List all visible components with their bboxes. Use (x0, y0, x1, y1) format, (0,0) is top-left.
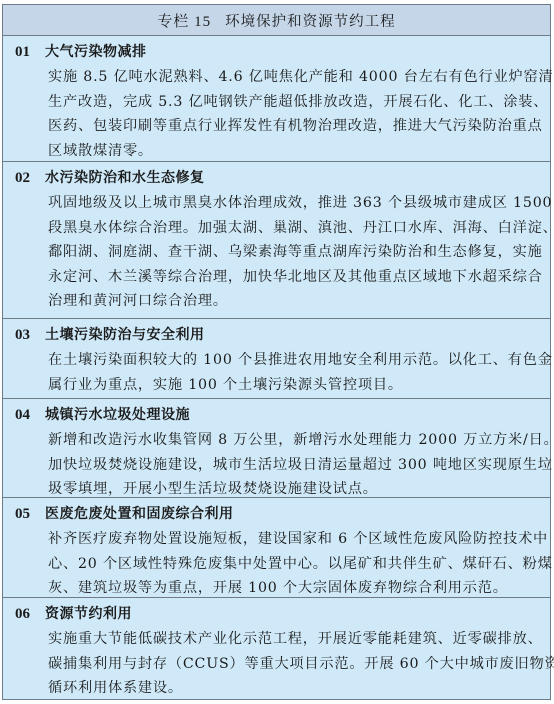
section-05: 05 医废危废处置和固废综合利用 补齐医疗废弃物处置设施短板，建设国家和 6 个… (3, 498, 550, 598)
body-line: 新增和改造污水收集管网 8 万公里，新增污水处理能力 2000 万立方米/日。 (48, 428, 540, 453)
body-line: 巩固地级及以上城市黑臭水体治理成效，推进 363 个县级城市建成区 1500 (48, 191, 540, 216)
body-line: 补齐医疗废弃物处置设施短板，建设国家和 6 个区域性危废风险防控技术中 (48, 527, 540, 552)
column-header: 专栏 15 环境保护和资源节约工程 (3, 5, 550, 36)
section-heading: 02 水污染防治和水生态修复 (15, 166, 540, 191)
body-line: 在土壤污染面积较大的 100 个县推进农用地安全利用示范。以化工、有色金 (48, 348, 540, 373)
section-heading: 06 资源节约利用 (15, 602, 540, 627)
section-03: 03 土壤污染防治与安全利用 在土壤污染面积较大的 100 个县推进农用地安全利… (3, 319, 550, 399)
section-number: 02 (15, 166, 45, 191)
body-line: 心、20 个区域性特殊危废集中处置中心。以尾矿和共伴生矿、煤矸石、粉煤 (48, 552, 540, 577)
section-number: 04 (15, 403, 45, 428)
body-line: 实施重大节能低碳技术产业化示范工程，开展近零能耗建筑、近零碳排放、 (48, 627, 540, 652)
section-heading: 04 城镇污水垃圾处理设施 (15, 403, 540, 428)
column-label: 专栏 15 (157, 10, 211, 31)
body-line: 实施 8.5 亿吨水泥熟料、4.6 亿吨焦化产能和 4000 台左右有色行业炉窑… (48, 65, 540, 90)
body-line: 鄱阳湖、洞庭湖、查干湖、乌梁素海等重点湖库污染防治和生态修复，实施 (48, 240, 540, 265)
section-body: 补齐医疗废弃物处置设施短板，建设国家和 6 个区域性危废风险防控技术中 心、20… (48, 527, 540, 601)
section-title: 城镇污水垃圾处理设施 (45, 403, 190, 428)
section-body: 实施重大节能低碳技术产业化示范工程，开展近零能耗建筑、近零碳排放、 碳捕集利用与… (48, 627, 540, 701)
body-line: 医药、包装印刷等重点行业挥发性有机物治理改造，推进大气污染防治重点 (48, 114, 540, 139)
section-title: 医废危废处置和固废综合利用 (45, 502, 234, 527)
section-04: 04 城镇污水垃圾处理设施 新增和改造污水收集管网 8 万公里，新增污水处理能力… (3, 399, 550, 498)
body-line: 段黑臭水体综合治理。加强太湖、巢湖、滇池、丹江口水库、洱海、白洋淀、 (48, 216, 540, 241)
column-title: 环境保护和资源节约工程 (225, 10, 396, 31)
section-title: 资源节约利用 (45, 602, 132, 627)
column-box: 专栏 15 环境保护和资源节约工程 01 大气污染物减排 实施 8.5 亿吨水泥… (2, 4, 551, 700)
section-title: 大气污染物减排 (45, 40, 147, 65)
body-line: 永定河、木兰溪等综合治理，加快华北地区及其他重点区域地下水超采综合 (48, 265, 540, 290)
body-line: 碳捕集利用与封存（CCUS）等重大项目示范。开展 60 个大中城市废旧物资 (48, 652, 540, 677)
section-body: 实施 8.5 亿吨水泥熟料、4.6 亿吨焦化产能和 4000 台左右有色行业炉窑… (48, 65, 540, 163)
section-heading: 01 大气污染物减排 (15, 40, 540, 65)
body-line: 区域散煤清零。 (48, 139, 540, 164)
section-heading: 03 土壤污染防治与安全利用 (15, 323, 540, 348)
section-body: 在土壤污染面积较大的 100 个县推进农用地安全利用示范。以化工、有色金 属行业… (48, 348, 540, 397)
section-title: 水污染防治和水生态修复 (45, 166, 205, 191)
section-body: 巩固地级及以上城市黑臭水体治理成效，推进 363 个县级城市建成区 1500 段… (48, 191, 540, 314)
body-line: 属行业为重点，实施 100 个土壤污染源头管控项目。 (48, 373, 540, 398)
body-line: 生产改造，完成 5.3 亿吨钢铁产能超低排放改造，开展石化、化工、涂装、 (48, 90, 540, 115)
body-line: 治理和黄河河口综合治理。 (48, 289, 540, 314)
body-line: 循环利用体系建设。 (48, 676, 540, 701)
section-number: 01 (15, 40, 45, 65)
section-heading: 05 医废危废处置和固废综合利用 (15, 502, 540, 527)
section-body: 新增和改造污水收集管网 8 万公里，新增污水处理能力 2000 万立方米/日。 … (48, 428, 540, 502)
section-number: 05 (15, 502, 45, 527)
section-01: 01 大气污染物减排 实施 8.5 亿吨水泥熟料、4.6 亿吨焦化产能和 400… (3, 36, 550, 162)
body-line: 灰、建筑垃圾等为重点，开展 100 个大宗固体废弃物综合利用示范。 (48, 576, 540, 601)
section-02: 02 水污染防治和水生态修复 巩固地级及以上城市黑臭水体治理成效，推进 363 … (3, 162, 550, 319)
section-number: 03 (15, 323, 45, 348)
section-number: 06 (15, 602, 45, 627)
section-06: 06 资源节约利用 实施重大节能低碳技术产业化示范工程，开展近零能耗建筑、近零碳… (3, 598, 550, 699)
section-title: 土壤污染防治与安全利用 (45, 323, 205, 348)
body-line: 加快垃圾焚烧设施建设，城市生活垃圾日清运量超过 300 吨地区实现原生垃 (48, 453, 540, 478)
